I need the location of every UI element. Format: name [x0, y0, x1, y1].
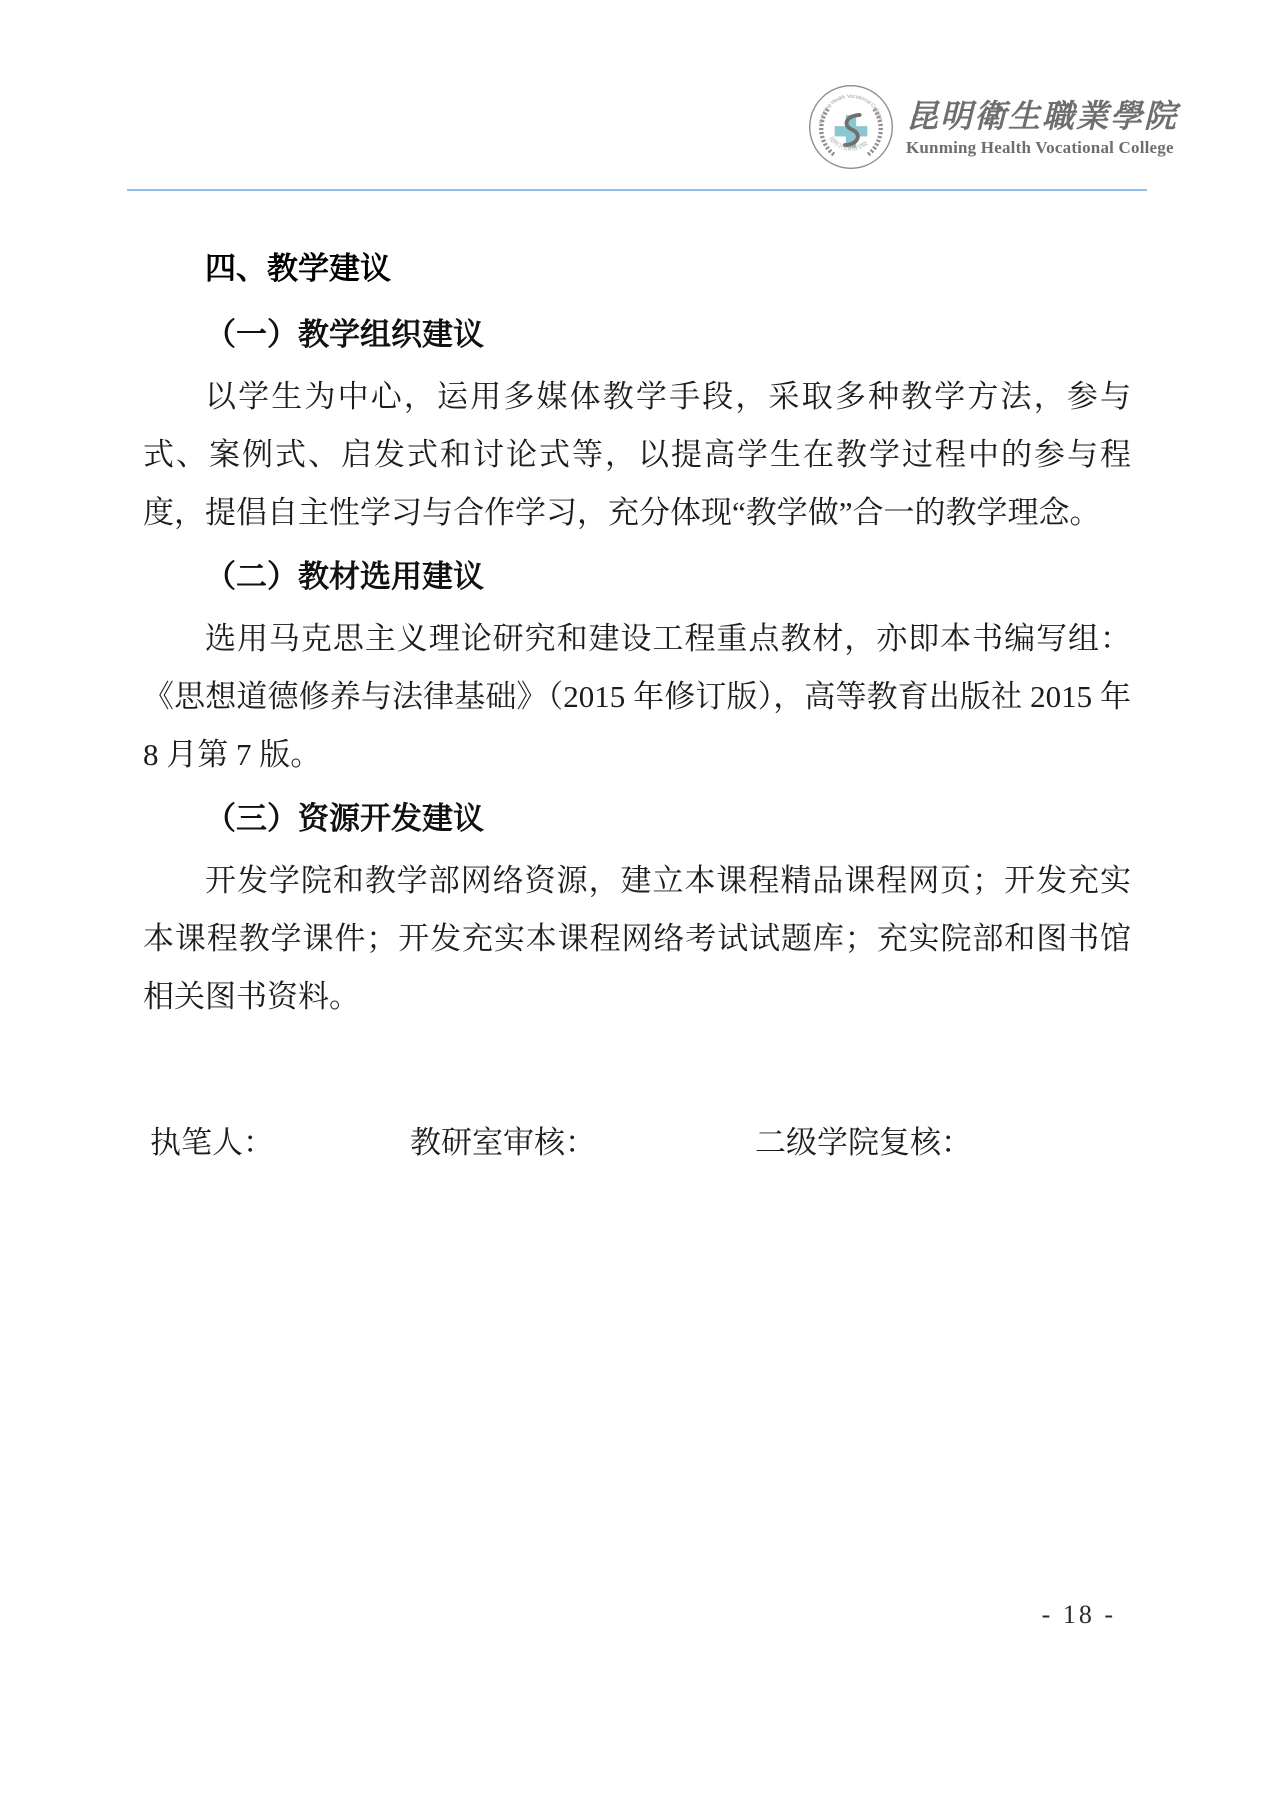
review-label: 教研室审核：: [410, 1114, 596, 1172]
college-name-calligraphy: 昆明衛生職業學院: [906, 95, 1178, 137]
document-page: Kunming Health Vocational College 昆明卫生职业…: [0, 0, 1274, 1801]
subsection-3-paragraph: 开发学院和教学部网络资源，建立本课程精品课程网页；开发充实本课程教学课件；开发充…: [143, 852, 1131, 1026]
subsection-2-heading: （二）教材选用建议: [143, 548, 1131, 606]
logo-text-block: 昆明衛生職業學院 Kunming Health Vocational Colle…: [906, 95, 1178, 159]
page-number: - 18 -: [1042, 1600, 1116, 1630]
author-label: 执笔人：: [150, 1114, 274, 1172]
subsection-1-paragraph: 以学生为中心，运用多媒体教学手段，采取多种教学方法，参与式、案例式、启发式和讨论…: [143, 368, 1131, 542]
college-emblem-icon: Kunming Health Vocational College 昆明卫生职业…: [808, 84, 894, 170]
header-divider: [127, 189, 1147, 191]
document-content: 四、教学建议 （一）教学组织建议 以学生为中心，运用多媒体教学手段，采取多种教学…: [143, 240, 1131, 1172]
subsection-3: （三）资源开发建议 开发学院和教学部网络资源，建立本课程精品课程网页；开发充实本…: [143, 790, 1131, 1026]
section-heading: 四、教学建议: [143, 240, 1131, 298]
college-name-english: Kunming Health Vocational College: [906, 137, 1178, 159]
subsection-2-paragraph: 选用马克思主义理论研究和建设工程重点教材，亦即本书编写组：《思想道德修养与法律基…: [143, 610, 1131, 784]
subsection-2: （二）教材选用建议 选用马克思主义理论研究和建设工程重点教材，亦即本书编写组：《…: [143, 548, 1131, 784]
subsection-3-heading: （三）资源开发建议: [143, 790, 1131, 848]
college-logo: Kunming Health Vocational College 昆明卫生职业…: [808, 84, 1178, 170]
signature-row: 执笔人： 教研室审核： 二级学院复核：: [143, 1114, 1131, 1172]
subsection-1: （一）教学组织建议 以学生为中心，运用多媒体教学手段，采取多种教学方法，参与式、…: [143, 306, 1131, 542]
subsection-1-heading: （一）教学组织建议: [143, 306, 1131, 364]
recheck-label: 二级学院复核：: [755, 1114, 972, 1172]
